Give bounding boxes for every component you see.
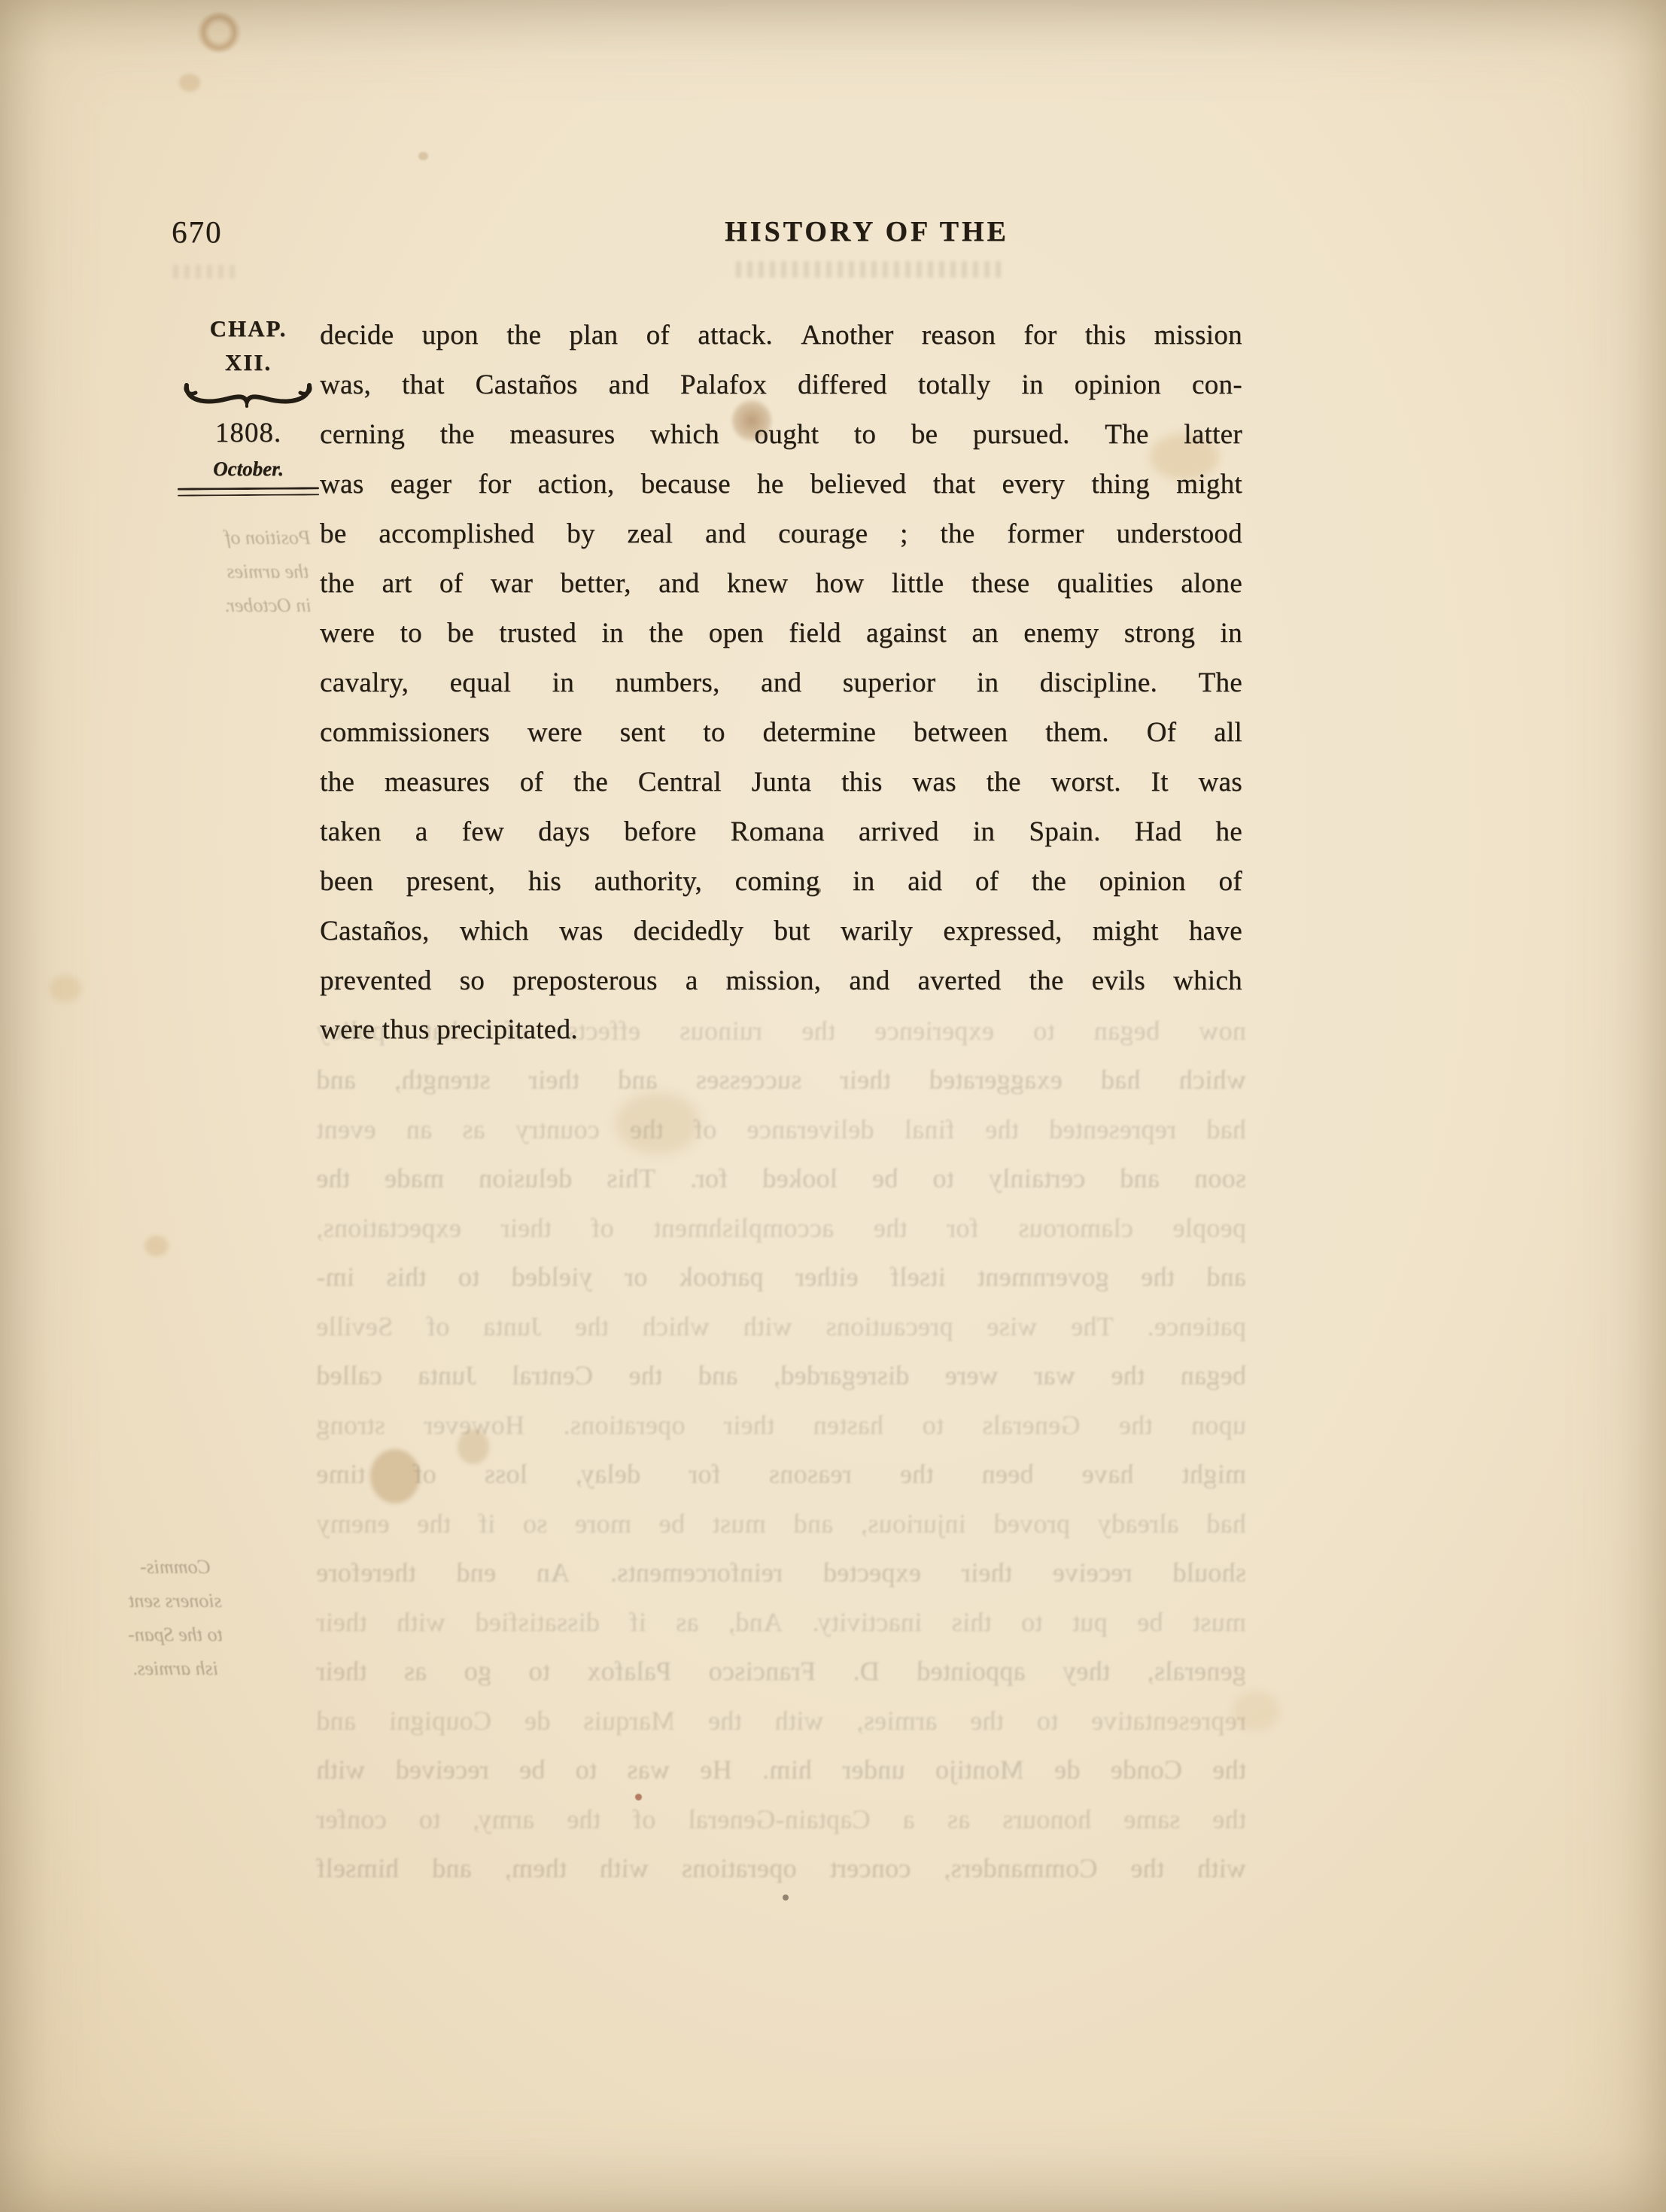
margin-column: CHAP. XII. 1808. October. [178, 311, 319, 496]
bleed-text-line: patience.ThewiseprecautionswithwhichtheJ… [316, 1302, 1246, 1351]
running-header: HISTORY OF THE [716, 215, 1017, 248]
body-text-line: preventedsopreposterousamission,andavert… [320, 956, 1242, 1005]
body-text-line: themeasuresoftheCentralJuntathiswasthewo… [320, 757, 1242, 807]
folio-setoff-smudge [170, 265, 235, 278]
bleed-text-line: generals,theyappointedD.FranciscoPalafox… [316, 1647, 1246, 1697]
paper-fleck [635, 1794, 642, 1800]
bleed-text-line: soonandcertainlytobelookedfor.Thisdelusi… [316, 1154, 1246, 1204]
bleed-text-line: andthegovernmentitselfeitherpartookoryie… [316, 1253, 1246, 1302]
bleed-note-line: ish armies. [111, 1651, 239, 1685]
bleed-text-line: withtheCommanders,concertoperationswitht… [316, 1844, 1246, 1894]
paper-fleck [783, 1894, 789, 1901]
bleedthrough-margin-note-lower: Commis-sioners sentto the Span-ish armie… [111, 1550, 239, 1685]
bleed-text-line: thesamehonoursasaCaptain-Generalofthearm… [316, 1794, 1246, 1844]
body-paragraph: decideupontheplanofattack.Anotherreasonf… [320, 310, 1242, 1055]
bleed-text-line: hadalreadyprovedinjurious,andmustbemores… [316, 1499, 1246, 1548]
bleed-note-line: to the Span- [111, 1618, 239, 1651]
body-text-line: were thus precipitated. [320, 1005, 1242, 1055]
margin-month: October. [178, 454, 319, 483]
bleed-text-line: mighthavebeenthereasonsfordelay,lossofti… [316, 1450, 1246, 1499]
body-text-line: decideupontheplanofattack.Anotherreasonf… [320, 310, 1242, 360]
bleed-text-line: theCondedeMontijounderhim.Hewastoberecei… [316, 1746, 1246, 1795]
bleed-note-line: the armies [212, 555, 324, 588]
body-text-line: beenpresent,hisauthority,cominginaidofth… [320, 856, 1242, 906]
margin-year: 1808. [178, 412, 319, 454]
paper-stain [370, 1449, 420, 1503]
book-page-scan: 670 HISTORY OF THE CHAP. XII. 1808. Octo… [0, 0, 1666, 2212]
bleed-note-line: Commis- [111, 1550, 239, 1584]
paper-stain [616, 1092, 700, 1154]
paper-stain [458, 1430, 489, 1464]
chapter-numeral: XII. [178, 346, 319, 379]
bleed-text-line: shouldreceivetheirexpectedreinforcements… [316, 1548, 1246, 1598]
paper-stain [50, 975, 81, 1002]
page-number: 670 [172, 214, 223, 250]
body-text-line: waseagerforaction,becausehebelievedthate… [320, 459, 1242, 509]
chapter-label: CHAP. [178, 311, 319, 346]
bleed-text-line: hadrepresentedthefinaldeliveranceoftheco… [316, 1104, 1246, 1154]
bleed-note-line: sioners sent [111, 1584, 239, 1618]
body-text-line: commissionersweresenttodeterminebetweent… [320, 707, 1242, 757]
bleed-text-line: mustbeputtothisinactivity.And,asifdissat… [316, 1597, 1246, 1647]
paper-fleck [418, 152, 428, 160]
body-text-line: was,thatCastañosandPalafoxdifferedtotall… [320, 360, 1242, 409]
bleed-text-line: representativetothearmies,withtheMarquis… [316, 1696, 1246, 1746]
body-text-line: weretobetrustedintheopenfieldagainstanen… [320, 608, 1242, 658]
body-text-line: cavalry,equalinnumbers,andsuperiorindisc… [320, 658, 1242, 707]
body-text-line: theartofwarbetter,andknewhowlittletheseq… [320, 558, 1242, 608]
bleed-text-line: beganthewarweredisregarded,andtheCentral… [316, 1351, 1246, 1401]
paper-stain [144, 1235, 169, 1256]
bleed-text-line: upontheGeneralstohastentheiroperations.H… [316, 1400, 1246, 1450]
paper-stain [179, 74, 200, 92]
body-text-line: takenafewdaysbeforeRomanaarrivedinSpain.… [320, 807, 1242, 856]
bleed-note-line: Position of [212, 521, 324, 555]
header-setoff-smudge [736, 261, 1001, 278]
body-text-line: cerningthemeasureswhichoughttobepursued.… [320, 409, 1242, 459]
bleed-text-line: whichhadexaggeratedtheirsuccessesandthei… [316, 1056, 1246, 1105]
body-text-line: beaccomplishedbyzealandcourage;theformer… [320, 509, 1242, 558]
ring-stain [197, 12, 241, 53]
brace-ornament [182, 381, 315, 412]
bleedthrough-margin-note-upper: Position ofthe armiesin October. [212, 521, 324, 622]
body-text-line: Castaños,whichwasdecidedlybutwarilyexpre… [320, 906, 1242, 956]
paper-stain [1233, 1691, 1279, 1730]
double-rule [178, 487, 319, 496]
bleed-note-line: in October. [212, 588, 324, 622]
bleed-text-line: peopleclamorousfortheaccomplishmentofthe… [316, 1203, 1246, 1253]
bleedthrough-text-block: nowbegantoexperiencetheruinouseffectsoft… [316, 1006, 1246, 1893]
